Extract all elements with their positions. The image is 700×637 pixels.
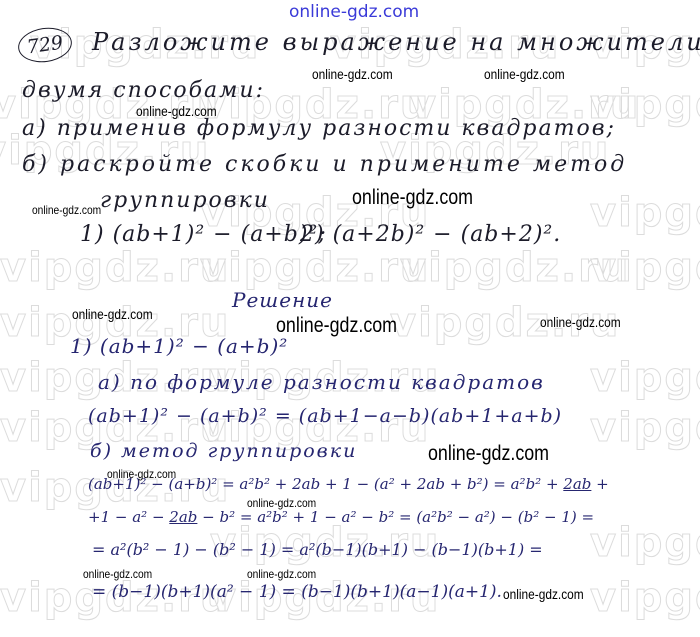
solution-item-1: 1) (ab+1)² − (a+b)² (70, 334, 288, 358)
bg-watermark: vipgdz.ru (590, 355, 700, 401)
overlay-watermark: online-gdz.com (312, 66, 393, 82)
text-segment: − b² = a²b² + 1 − a² − b² = (a²b² − a²) … (197, 508, 594, 526)
site-header-link[interactable]: online-gdz.com (289, 2, 419, 22)
method-a-equation: (ab+1)² − (a+b)² = (ab+1−a−b)(ab+1+a+b) (88, 405, 562, 427)
overlay-watermark: online-gdz.com (352, 186, 473, 210)
problem-part-b-line2: группировки (100, 188, 270, 213)
overlay-watermark: online-gdz.com (540, 314, 621, 330)
overlay-watermark: online-gdz.com (32, 203, 101, 217)
method-a-label: а) по формуле разности квадратов (98, 370, 545, 394)
bg-watermark: vipgdz.ru (590, 405, 700, 451)
overlay-watermark: online-gdz.com (484, 66, 565, 82)
bg-watermark: vipgdz.ru (200, 245, 430, 291)
underlined-term: 2ab (169, 508, 197, 526)
overlay-watermark: online-gdz.com (247, 567, 316, 581)
bg-watermark: vipgdz.ru (0, 245, 230, 291)
method-b-label: б) метод группировки (90, 440, 357, 462)
problem-expression-1: 1) (ab+1)² − (a+b)²; (80, 222, 327, 247)
method-b-line-3: = a²(b² − 1) − (b² − 1) = a²(b−1)(b+1) −… (92, 540, 543, 559)
overlay-watermark: online-gdz.com (83, 567, 152, 581)
text-segment: + (591, 475, 608, 493)
problem-statement-line1: Разложите выражение на множители (92, 28, 700, 56)
method-b-line-2: +1 − a² − 2ab − b² = a²b² + 1 − a² − b² … (88, 508, 594, 526)
overlay-watermark: online-gdz.com (72, 306, 153, 322)
overlay-watermark: online-gdz.com (247, 496, 316, 510)
text-segment: +1 − a² − (88, 508, 165, 526)
overlay-watermark: online-gdz.com (136, 103, 217, 119)
bg-watermark: vipgdz.ru (590, 575, 700, 621)
problem-part-a: а) применив формулу разности квадратов; (22, 116, 616, 141)
method-b-line-4: = (b−1)(b+1)(a² − 1) = (b−1)(b+1)(a−1)(a… (92, 582, 502, 602)
bg-watermark: vipgdz.ru (590, 245, 700, 291)
problem-expression-2: 2) (a+2b)² − (ab+2)². (300, 222, 561, 247)
homework-page: vipgdz.ru vipgdz.ru vipgdz.ru vipgdz.ru … (0, 0, 700, 637)
overlay-watermark: online-gdz.com (428, 442, 549, 466)
problem-statement-line2: двумя способами: (22, 78, 265, 103)
underlined-term: 2ab (563, 475, 591, 493)
overlay-watermark: online-gdz.com (503, 586, 584, 602)
overlay-watermark: online-gdz.com (276, 314, 397, 338)
bg-watermark: vipgdz.ru (590, 190, 700, 236)
overlay-watermark: online-gdz.com (107, 467, 176, 481)
solution-heading: Решение (232, 288, 333, 312)
problem-part-b-line1: б) раскройте скобки и примените метод (22, 152, 627, 177)
bg-watermark: vipgdz.ru (590, 520, 700, 566)
